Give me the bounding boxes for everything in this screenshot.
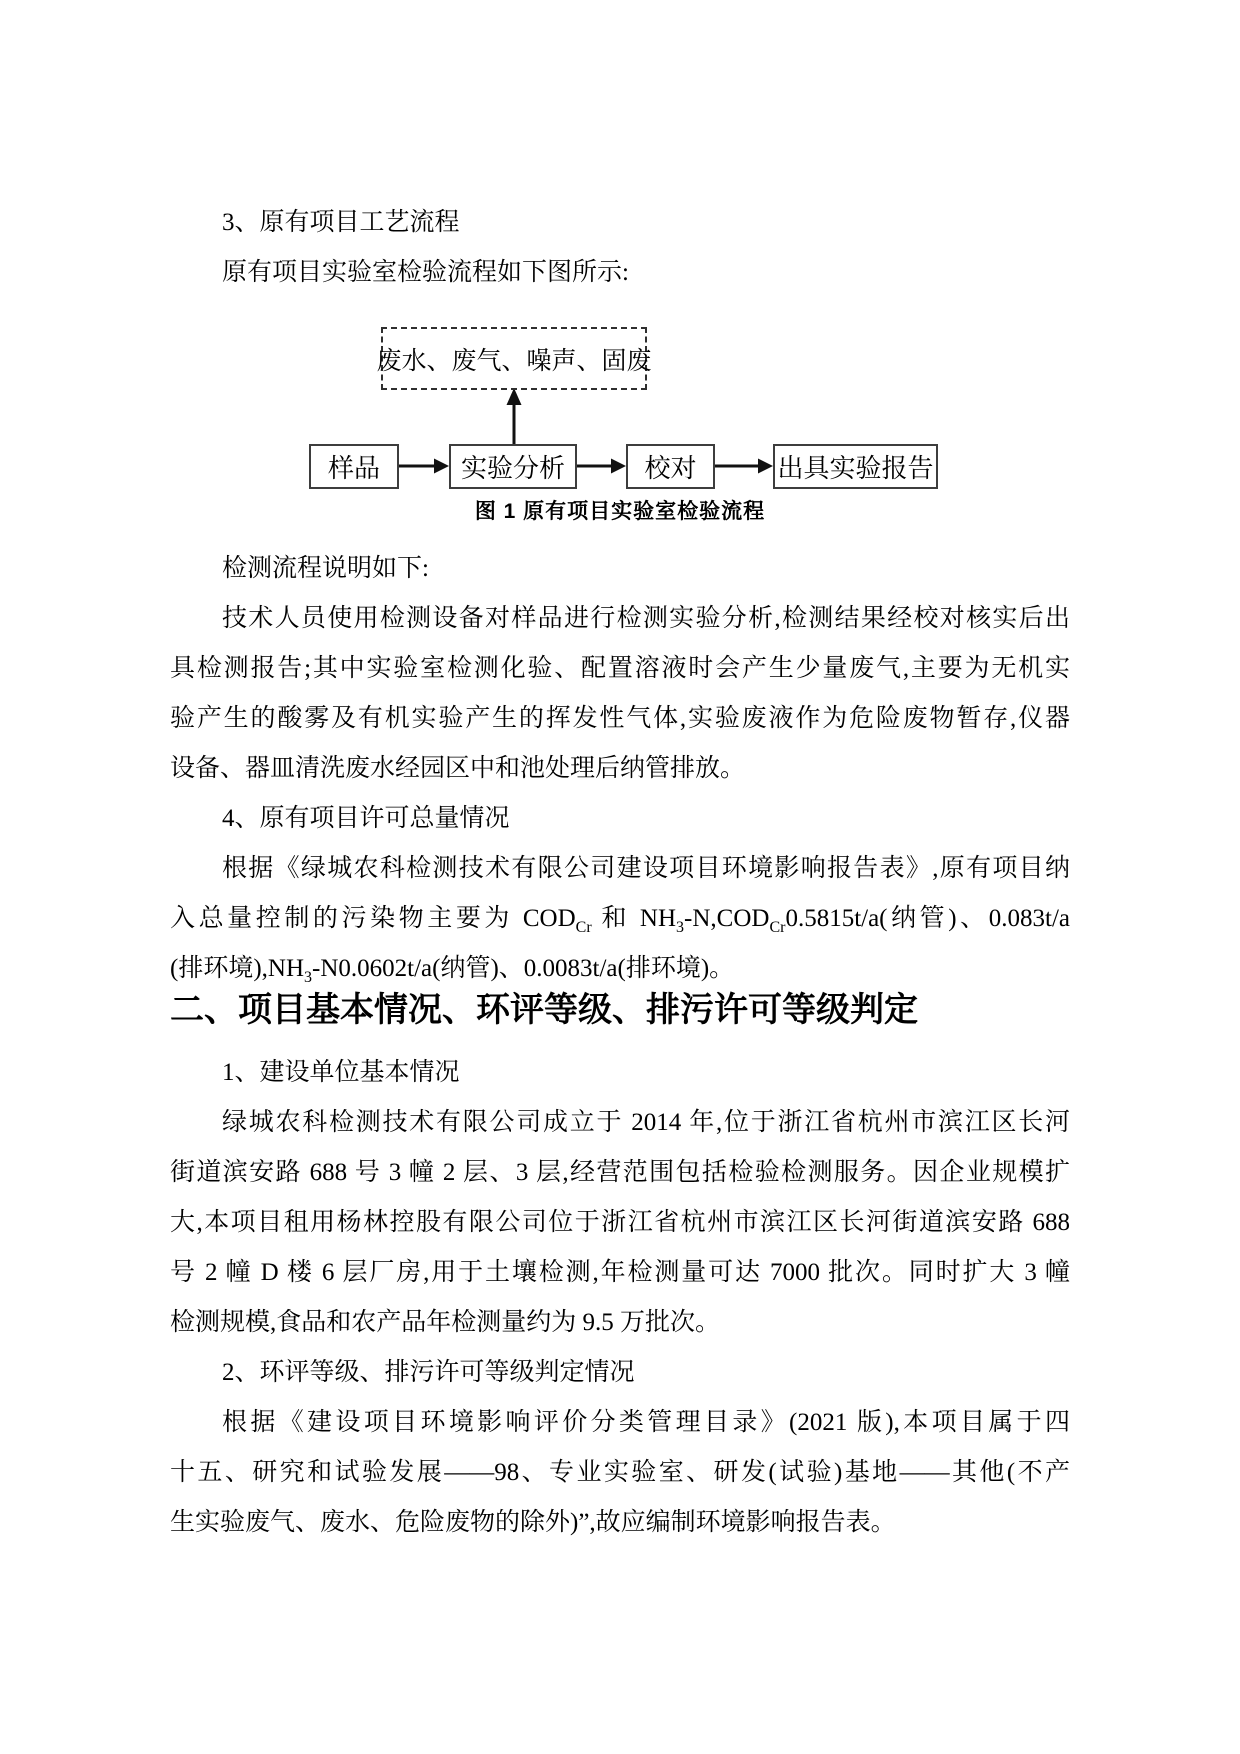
- section3-heading: 3、原有项目工艺流程: [170, 198, 1070, 248]
- paragraph-line: 号 2 幢 D 楼 6 层厂房,用于土壤检测,年检测量可达 7000 批次。同时…: [170, 1248, 1070, 1298]
- paragraph-line: 技术人员使用检测设备对样品进行检测实验分析,检测结果经校对核实后出: [170, 594, 1070, 644]
- lab-process-flowchart: 废水、废气、噪声、固废 样品 实验分析 校对 出具实验报告: [170, 327, 1070, 489]
- subscript: 3: [676, 919, 684, 936]
- paragraph-company-info: 绿城农科检测技术有限公司成立于 2014 年,位于浙江省杭州市滨江区长河 街道滨…: [170, 1098, 1070, 1348]
- paragraph-line: 生实验废气、废水、危险废物的除外)”,故应编制环境影响报告表。: [170, 1498, 1070, 1548]
- flowchart-step-analysis: 实验分析: [449, 444, 577, 489]
- section4-heading: 4、原有项目许可总量情况: [170, 794, 1070, 844]
- flowchart-step-proofread: 校对: [626, 444, 715, 489]
- paragraph-line: 验产生的酸雾及有机实验产生的挥发性气体,实验废液作为危险废物暂存,仪器: [170, 694, 1070, 744]
- paragraph-line: 街道滨安路 688 号 3 幢 2 层、3 层,经营范围包括检验检测服务。因企业…: [170, 1148, 1070, 1198]
- chapter-2-heading: 二、项目基本情况、环评等级、排污许可等级判定: [170, 988, 1070, 1038]
- figure-1-caption: 图 1 原有项目实验室检验流程: [170, 489, 1070, 535]
- sub1-heading: 1、建设单位基本情况: [170, 1048, 1070, 1098]
- sub2-heading: 2、环评等级、排污许可等级判定情况: [170, 1348, 1070, 1398]
- subscript: Cr: [576, 919, 592, 936]
- document-content: 3、原有项目工艺流程 原有项目实验室检验流程如下图所示: 废水、废气、噪声、固废…: [170, 0, 1070, 1548]
- paragraph-line: (排环境),NH3-N0.0602t/a(纳管)、0.0083t/a(排环境)。: [170, 944, 1070, 994]
- paragraph-line: 绿城农科检测技术有限公司成立于 2014 年,位于浙江省杭州市滨江区长河: [170, 1098, 1070, 1148]
- subscript: Cr: [769, 919, 785, 936]
- paragraph-line: 根据《建设项目环境影响评价分类管理目录》(2021 版),本项目属于四: [170, 1398, 1070, 1448]
- paragraph-line: 大,本项目租用杨林控股有限公司位于浙江省杭州市滨江区长河街道滨安路 688: [170, 1198, 1070, 1248]
- paragraph-line: 入总量控制的污染物主要为 CODCr 和 NH3-N,CODCr0.5815t/…: [170, 894, 1070, 944]
- paragraph-line: 检测规模,食品和农产品年检测量约为 9.5 万批次。: [170, 1298, 1070, 1348]
- paragraph-process-description: 技术人员使用检测设备对样品进行检测实验分析,检测结果经校对核实后出 具检测报告;…: [170, 594, 1070, 794]
- note-line: 检测流程说明如下:: [170, 544, 1070, 594]
- subscript: 3: [304, 969, 312, 986]
- paragraph-permit-totals: 根据《绿城农科检测技术有限公司建设项目环境影响报告表》,原有项目纳 入总量控制的…: [170, 844, 1070, 994]
- flowchart-step-report: 出具实验报告: [773, 444, 938, 489]
- paragraph-eia-classification: 根据《建设项目环境影响评价分类管理目录》(2021 版),本项目属于四 十五、研…: [170, 1398, 1070, 1548]
- flowchart-waste-box: 废水、废气、噪声、固废: [381, 327, 647, 390]
- paragraph-line: 根据《绿城农科检测技术有限公司建设项目环境影响报告表》,原有项目纳: [170, 844, 1070, 894]
- intro-line: 原有项目实验室检验流程如下图所示:: [170, 248, 1070, 298]
- document-page: 3、原有项目工艺流程 原有项目实验室检验流程如下图所示: 废水、废气、噪声、固废…: [0, 0, 1240, 1754]
- paragraph-line: 设备、器皿清洗废水经园区中和池处理后纳管排放。: [170, 744, 1070, 794]
- flowchart-step-sample: 样品: [309, 444, 399, 489]
- paragraph-line: 具检测报告;其中实验室检测化验、配置溶液时会产生少量废气,主要为无机实: [170, 644, 1070, 694]
- paragraph-line: 十五、研究和试验发展——98、专业实验室、研发(试验)基地——其他(不产: [170, 1448, 1070, 1498]
